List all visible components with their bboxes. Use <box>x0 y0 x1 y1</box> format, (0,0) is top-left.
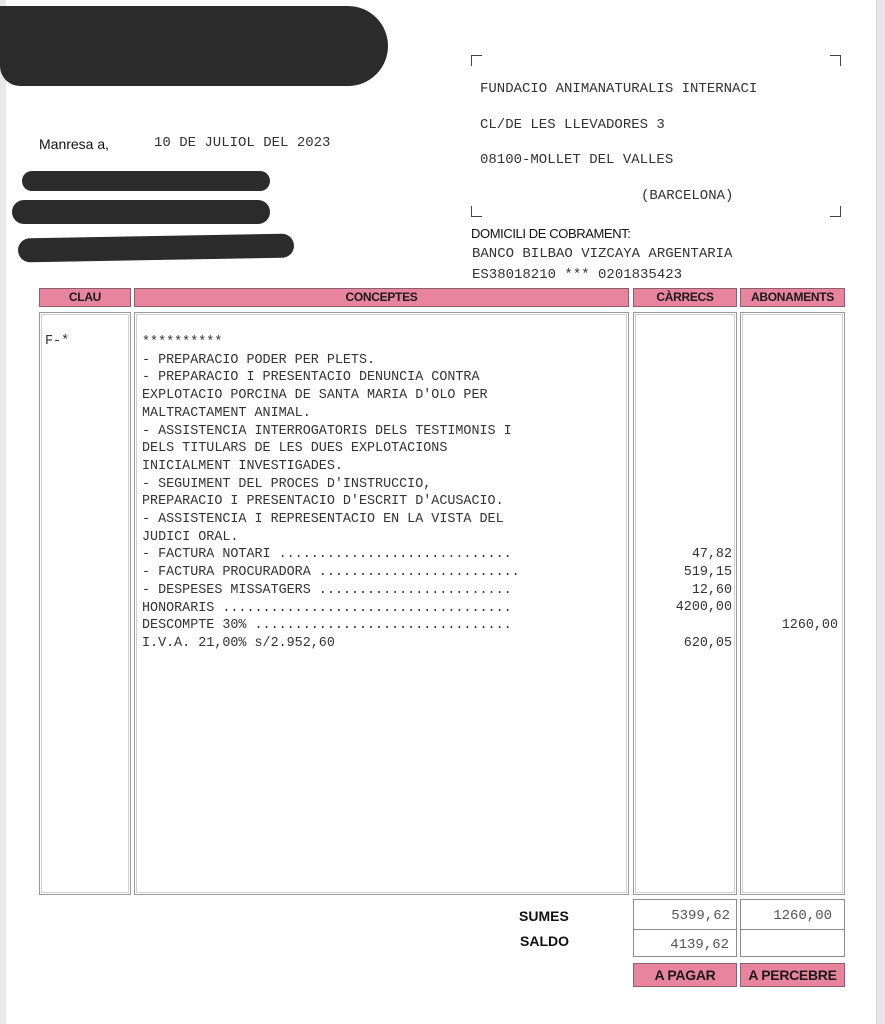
saldo-carrecs-box: 4139,62 <box>633 929 737 957</box>
concept-line: - FACTURA PROCURADORA ..................… <box>142 564 520 582</box>
redacted-line-3 <box>18 234 294 263</box>
billing-label: DOMICILI DE COBRAMENT: <box>471 226 631 241</box>
recipient-name: FUNDACIO ANIMANATURALIS INTERNACI <box>480 81 757 97</box>
header-carrecs: CÀRRECS <box>633 288 737 307</box>
redacted-line-2 <box>12 200 270 224</box>
invoice-date: 10 DE JULIOL DEL 2023 <box>154 135 330 151</box>
concept-line: - FACTURA NOTARI .......................… <box>142 546 520 564</box>
saldo-abonaments-box <box>740 929 845 957</box>
abonaments-list: 1260,00 <box>745 546 838 653</box>
corner-mark-tr <box>830 55 841 66</box>
concept-line: I.V.A. 21,00% s/2.952,60 <box>142 635 520 653</box>
carrec-amount: 12,60 <box>640 582 732 600</box>
concept-line: ********** <box>142 334 520 352</box>
sumes-carrecs-box: 5399,62 <box>633 899 737 930</box>
concept-line: - ASSISTENCIA INTERROGATORIS DELS TESTIM… <box>142 423 520 441</box>
clau-value: F-* <box>45 334 69 349</box>
carrec-amount: 620,05 <box>640 635 732 653</box>
concepts-list: **********- PREPARACIO PODER PER PLETS.-… <box>142 334 520 653</box>
billing-account: ES38018210 *** 0201835423 <box>472 267 682 283</box>
header-clau: CLAU <box>39 288 131 307</box>
concept-line: - SEGUIMENT DEL PROCES D'INSTRUCCIO, <box>142 476 520 494</box>
concept-line: - DESPESES MISSATGERS ..................… <box>142 582 520 600</box>
concept-line: EXPLOTACIO PORCINA DE SANTA MARIA D'OLO … <box>142 387 520 405</box>
sumes-abonaments-box: 1260,00 <box>740 899 845 930</box>
abonament-amount: 1260,00 <box>745 617 838 635</box>
carrec-amount <box>640 617 732 635</box>
a-percebre-label: A PERCEBRE <box>740 963 845 987</box>
carrec-amount: 519,15 <box>640 564 732 582</box>
concept-line: INICIALMENT INVESTIGADES. <box>142 458 520 476</box>
saldo-carrecs-value: 4139,62 <box>670 937 729 953</box>
abonament-amount <box>745 635 838 653</box>
recipient-city: 08100-MOLLET DEL VALLES <box>480 152 673 168</box>
page-edge-left <box>0 0 6 1024</box>
concept-line: PREPARACIO I PRESENTACIO D'ESCRIT D'ACUS… <box>142 493 520 511</box>
abonament-amount <box>745 599 838 617</box>
concept-line: HONORARIS ..............................… <box>142 600 520 618</box>
corner-mark-br <box>830 206 841 217</box>
header-abonaments: ABONAMENTS <box>740 288 845 307</box>
recipient-street: CL/DE LES LLEVADORES 3 <box>480 117 665 133</box>
concept-line: - PREPARACIO I PRESENTACIO DENUNCIA CONT… <box>142 369 520 387</box>
redacted-line-1 <box>22 171 270 191</box>
concept-line: MALTRACTAMENT ANIMAL. <box>142 405 520 423</box>
page-edge-right <box>876 0 885 1024</box>
concept-line: DELS TITULARS DE LES DUES EXPLOTACIONS <box>142 440 520 458</box>
sumes-label: SUMES <box>519 908 569 924</box>
concept-line: - PREPARACIO PODER PER PLETS. <box>142 352 520 370</box>
place-label: Manresa a, <box>39 136 109 152</box>
concept-line: JUDICI ORAL. <box>142 529 520 547</box>
recipient-province: (BARCELONA) <box>641 188 733 204</box>
abonament-amount <box>745 564 838 582</box>
column-clau <box>39 312 131 895</box>
concept-line: - ASSISTENCIA I REPRESENTACIO EN LA VIST… <box>142 511 520 529</box>
saldo-label: SALDO <box>520 933 569 949</box>
abonament-amount <box>745 582 838 600</box>
corner-mark-bl <box>471 206 482 217</box>
abonament-amount <box>745 546 838 564</box>
carrec-amount: 4200,00 <box>640 599 732 617</box>
header-conceptes: CONCEPTES <box>134 288 629 307</box>
sumes-abonaments-value: 1260,00 <box>773 908 832 924</box>
carrecs-list: 47,82519,1512,604200,00 620,05 <box>640 546 732 653</box>
sumes-carrecs-value: 5399,62 <box>671 908 730 924</box>
billing-bank: BANCO BILBAO VIZCAYA ARGENTARIA <box>472 246 732 262</box>
carrec-amount: 47,82 <box>640 546 732 564</box>
redacted-logo <box>0 6 388 86</box>
concept-line: DESCOMPTE 30% ..........................… <box>142 617 520 635</box>
a-pagar-label: A PAGAR <box>633 963 737 987</box>
corner-mark-tl <box>471 55 482 66</box>
